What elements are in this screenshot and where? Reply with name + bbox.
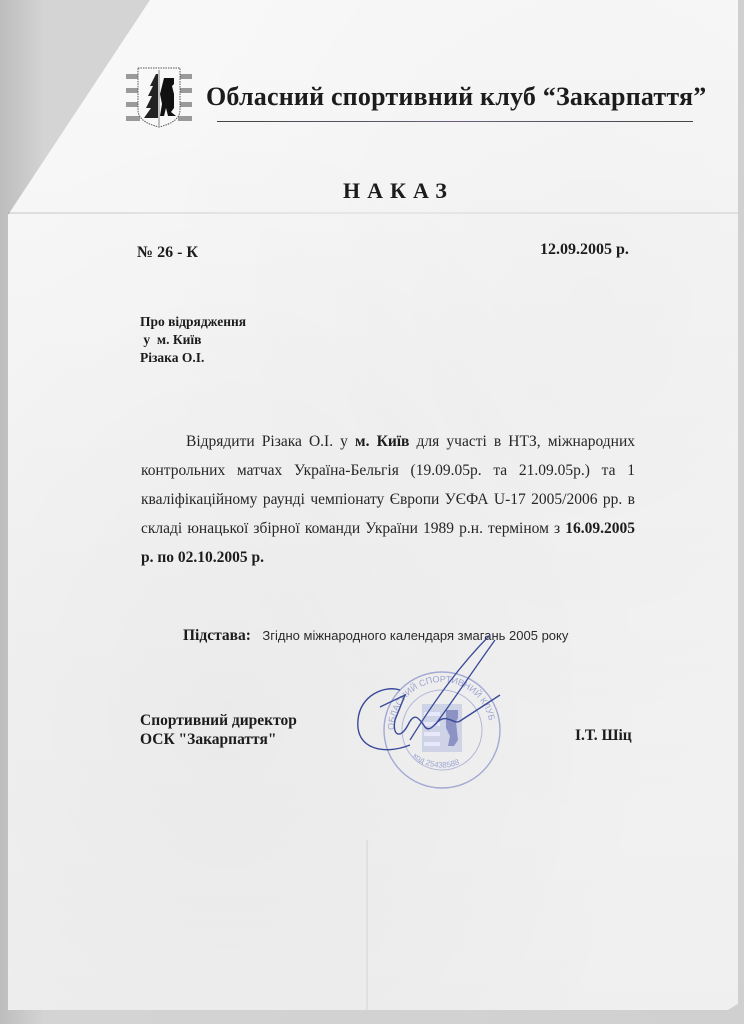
fold-crease bbox=[8, 212, 738, 214]
destination-city: м. Київ bbox=[355, 433, 409, 450]
coat-of-arms-icon bbox=[124, 64, 194, 130]
order-date: 12.09.2005 р. bbox=[540, 241, 629, 259]
signature-icon bbox=[340, 625, 540, 765]
header-divider bbox=[217, 121, 693, 122]
subject-line: Різака О.І. bbox=[140, 349, 246, 367]
fold-crease-vertical bbox=[366, 840, 368, 1010]
signer-position: Спортивний директор ОСК "Закарпаття" bbox=[140, 711, 297, 749]
organization-name: Обласний спортивний клуб “Закарпаття” bbox=[206, 82, 707, 112]
document-title: НАКАЗ bbox=[343, 178, 454, 204]
signer-name: І.Т. Шіц bbox=[575, 727, 632, 745]
order-number: № 26 - К bbox=[137, 244, 198, 262]
subject-line: у м. Київ bbox=[140, 331, 246, 349]
order-subject: Про відрядження у м. Київ Різака О.І. bbox=[140, 313, 246, 367]
subject-line: Про відрядження bbox=[140, 313, 246, 331]
signer-position-line: Спортивний директор bbox=[140, 711, 297, 730]
body-text-part: Відрядити Різака О.І. у bbox=[186, 433, 355, 450]
basis-label: Підстава: bbox=[183, 627, 251, 644]
signer-position-line: ОСК "Закарпаття" bbox=[140, 730, 297, 749]
order-body: Відрядити Різака О.І. у м. Київ для учас… bbox=[141, 427, 635, 572]
